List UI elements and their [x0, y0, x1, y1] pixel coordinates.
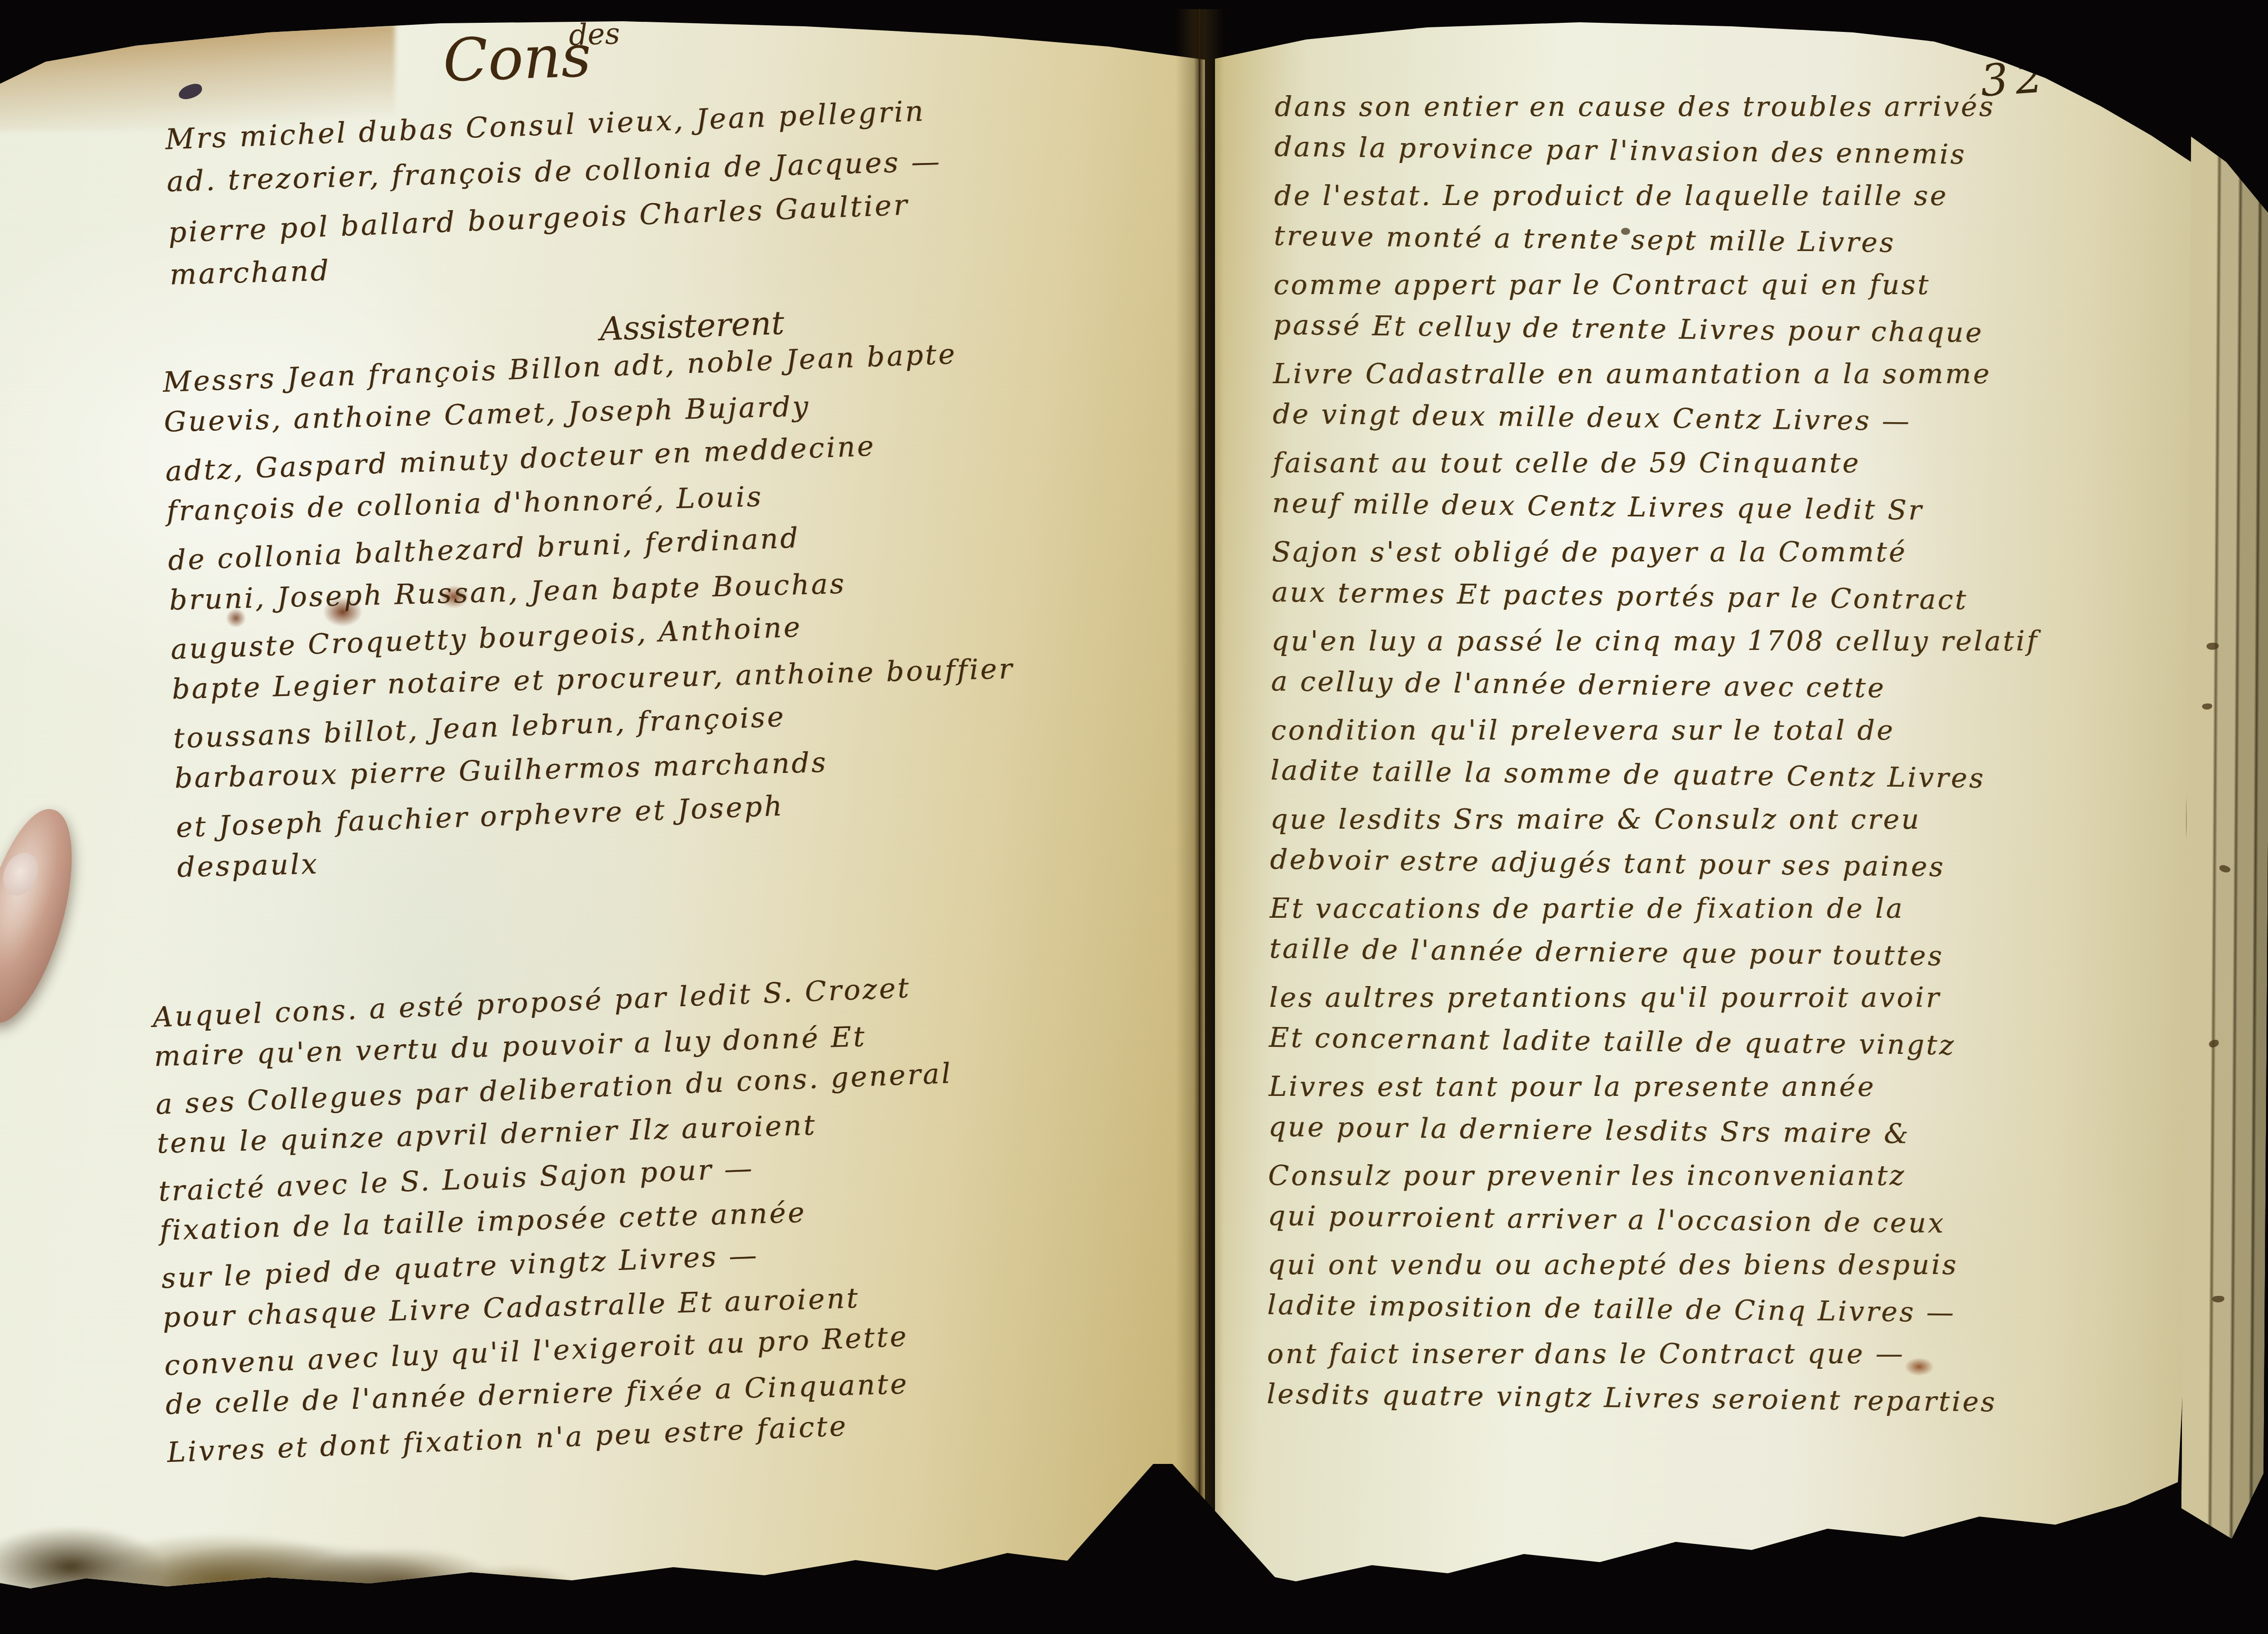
book-gutter	[1176, 9, 1224, 1604]
bottom-left-stain	[0, 1468, 739, 1595]
deliberation-paragraph: Auquel cons. a esté proposé par ledit S.…	[152, 967, 964, 1472]
manuscript-line: ont faict inserer dans le Contract que —	[1267, 1332, 2035, 1376]
right-page-body-paragraph: dans son entier en cause des troubles ar…	[1267, 82, 2042, 1423]
left-page-intro-paragraph: Mrs michel dubas Consul vieux, Jean pell…	[165, 90, 945, 301]
gutter-fold-line	[1199, 9, 1200, 1604]
edge-ink-mark	[2202, 704, 2212, 710]
manuscript-line: neuf mille deux Centz Livres que ledit S…	[1272, 481, 2040, 534]
manuscript-line: treuve monté a trente sept mille Livres	[1274, 214, 2042, 267]
right-page: 32 dans son entier en cause des troubles…	[1215, 10, 2197, 1605]
manuscript-line: aux termes Et pactes portés par le Contr…	[1271, 570, 2039, 623]
manuscript-line: debvoir estre adjugés tant pour ses pain…	[1270, 837, 2038, 890]
manuscript-line: Consulz pour prevenir les inconveniantz	[1268, 1154, 2036, 1198]
manuscript-line: faisant au tout celle de 59 Cinquante	[1272, 441, 2040, 485]
manuscript-line: Et concernant ladite taille de quatre vi…	[1269, 1015, 2037, 1069]
manuscript-line: dans la province par l'invasion des enne…	[1274, 125, 2042, 178]
heading-superscript: des	[568, 19, 620, 50]
manuscript-line: de l'estat. Le produict de laquelle tail…	[1274, 174, 2042, 218]
manuscript-line: Livre Cadastralle en aumantation a la so…	[1273, 352, 2040, 396]
manuscript-line: lesdits quatre vingtz Livres seroient re…	[1267, 1372, 2035, 1425]
manuscript-line: a celluy de l'année derniere avec cette	[1271, 659, 2039, 712]
edge-ink-mark	[2208, 1039, 2220, 1049]
edge-ink-mark	[2218, 864, 2231, 874]
ink-blot	[177, 81, 204, 102]
manuscript-line: qui pourroient arriver a l'occasion de c…	[1268, 1194, 2036, 1247]
manuscript-line: comme appert par le Contract qui en fust	[1274, 263, 2041, 307]
manuscript-line: passé Et celluy de trente Livres pour ch…	[1273, 303, 2041, 356]
manuscript-line: taille de l'année derniere que pour tout…	[1269, 926, 2037, 979]
manuscript-line: dans son entier en cause des troubles ar…	[1275, 85, 2042, 129]
manuscript-line: que lesdits Srs maire & Consulz ont creu	[1270, 797, 2038, 842]
manuscript-line: qui ont vendu ou achepté des biens despu…	[1268, 1243, 2035, 1287]
edge-ink-mark	[2212, 1296, 2224, 1302]
manuscript-line: les aultres pretantions qu'il pourroit a…	[1269, 975, 2037, 1020]
bottom-fold-stain	[2167, 1519, 2197, 1600]
manuscript-line: Sajon s'est obligé de payer a la Commté	[1272, 530, 2039, 575]
manuscript-line: que pour la derniere lesdits Srs maire &	[1268, 1105, 2036, 1158]
fore-edge-page-stack	[2180, 75, 2268, 1605]
left-page: Cons des Mrs michel dubas Consul vieux, …	[0, 15, 1205, 1595]
manuscript-line: ladite imposition de taille de Cinq Livr…	[1267, 1283, 2035, 1336]
fingernail	[0, 847, 45, 901]
manuscript-photo: { "document": { "kind": "handwritten man…	[0, 0, 2268, 1634]
manuscript-line: de vingt deux mille deux Centz Livres —	[1273, 392, 2041, 445]
manuscript-line: ladite taille la somme de quatre Centz L…	[1270, 748, 2038, 801]
edge-ink-mark	[2207, 643, 2219, 650]
manuscript-line: condition qu'il prelevera sur le total d…	[1271, 708, 2038, 753]
manuscript-line: Et vaccations de partie de fixation de l…	[1270, 886, 2037, 931]
manuscript-line: qu'en luy a passé le cinq may 1708 cellu…	[1271, 619, 2039, 664]
attendance-list-paragraph: Messrs Jean françois Billon adt, noble J…	[162, 333, 1020, 892]
left-page-heading: Cons des	[442, 27, 592, 91]
manuscript-line: Livres est tant pour la presente année	[1269, 1065, 2036, 1109]
